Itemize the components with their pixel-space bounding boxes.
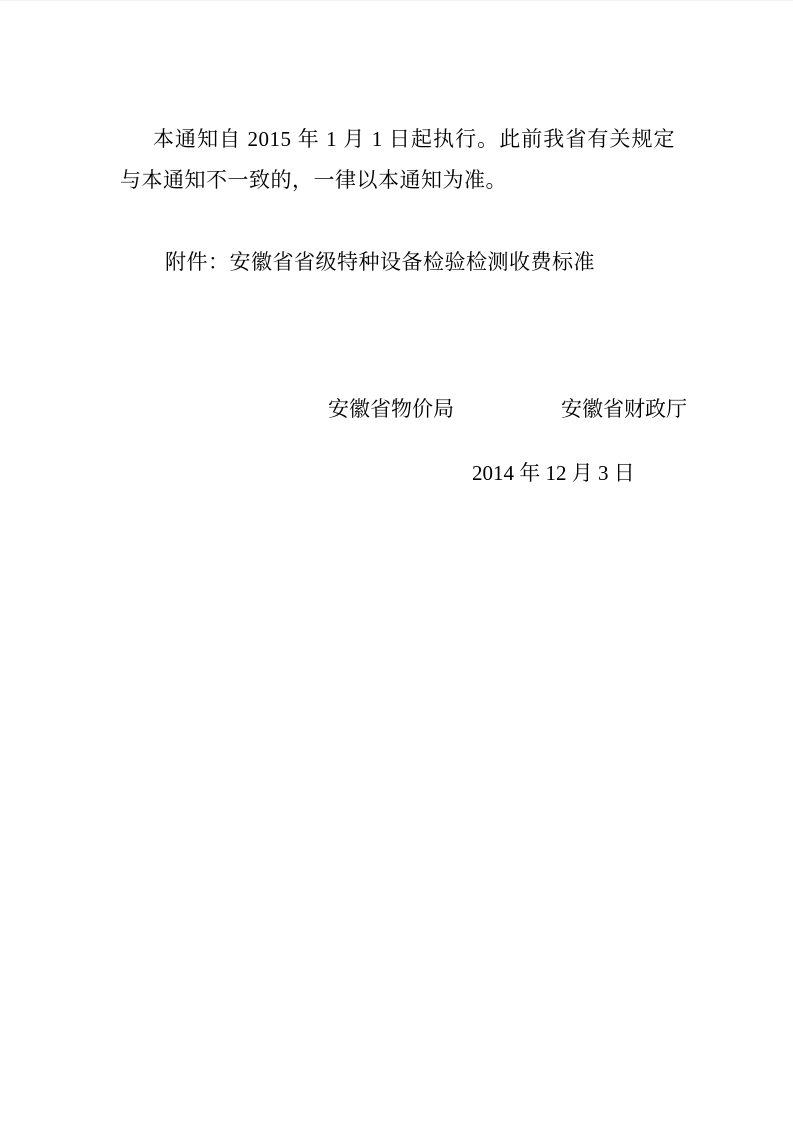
attachment-reference-line: 附件：安徽省省级特种设备检验检测收费标准 <box>165 248 595 276</box>
signature-row: 安徽省物价局 安徽省财政厅 <box>0 397 793 425</box>
document-date: 2014 年 12 月 3 日 <box>472 460 635 486</box>
document-page: 本通知自 2015 年 1 月 1 日起执行。此前我省有关规定与本通知不一致的，… <box>0 0 793 1122</box>
signature-org-left: 安徽省物价局 <box>328 397 454 421</box>
notice-effective-paragraph: 本通知自 2015 年 1 月 1 日起执行。此前我省有关规定与本通知不一致的，… <box>120 119 675 201</box>
signature-org-right: 安徽省财政厅 <box>561 397 687 421</box>
